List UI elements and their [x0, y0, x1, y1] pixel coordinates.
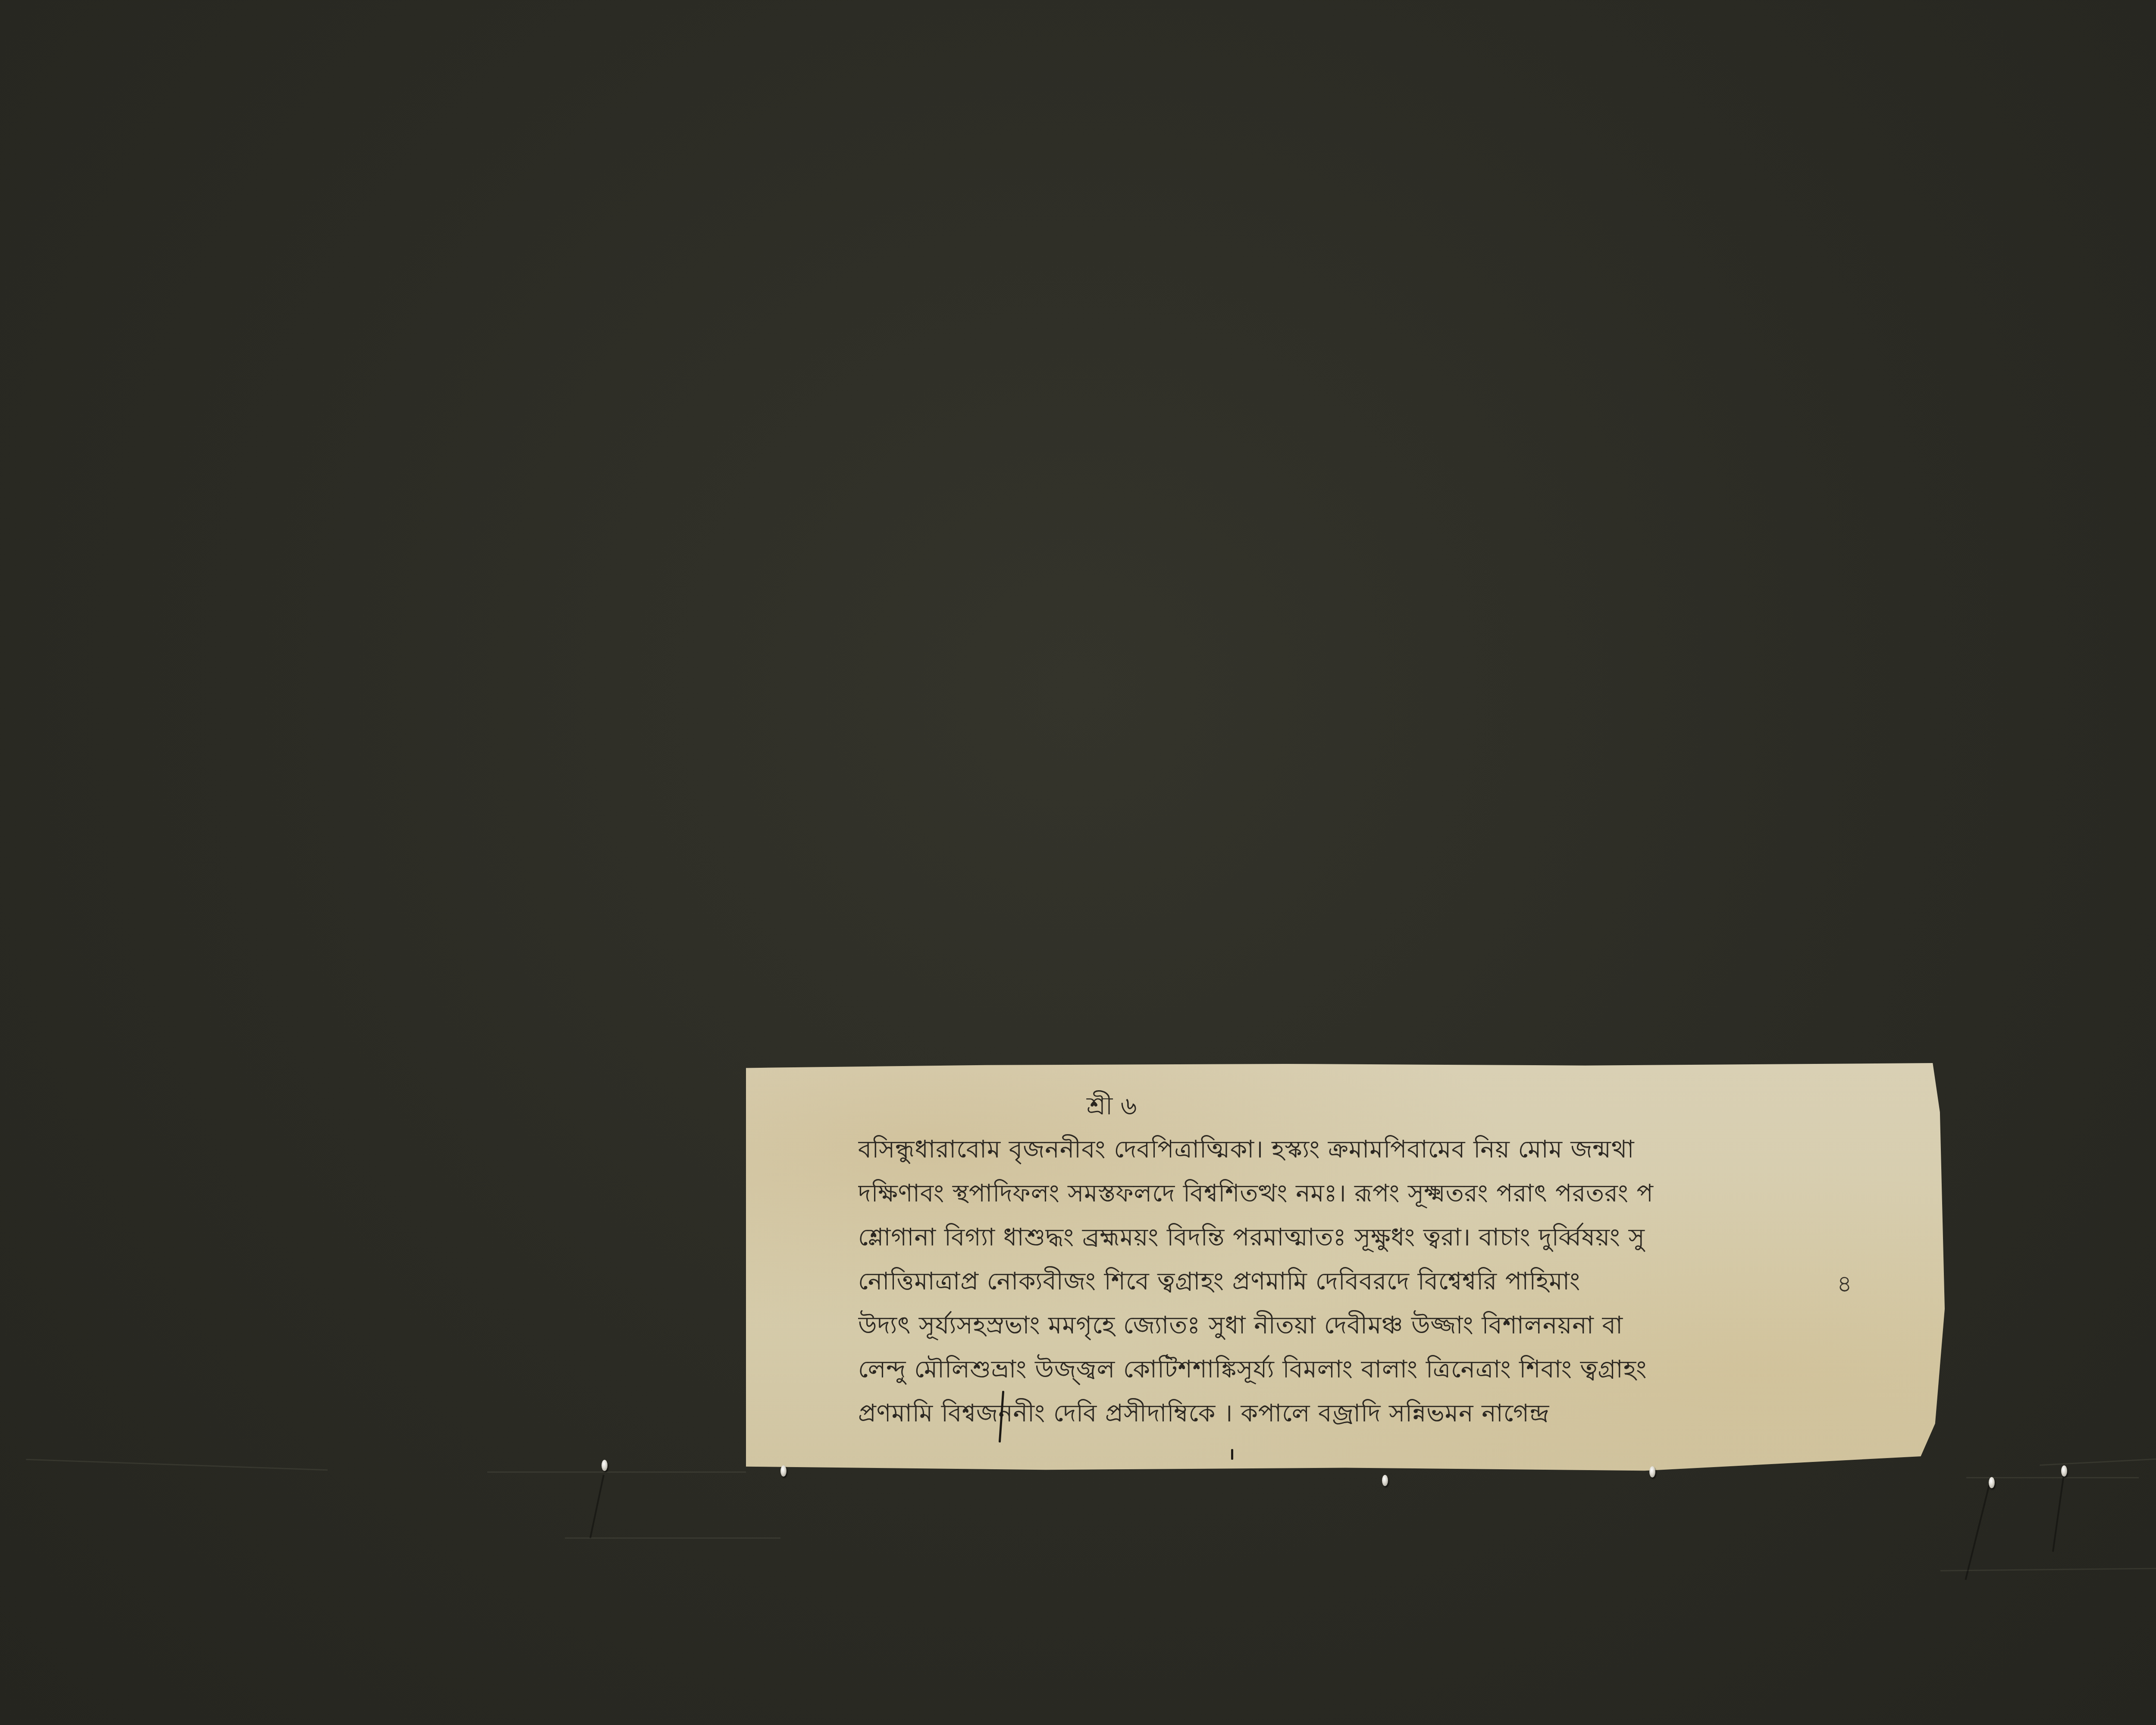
pin-icon — [780, 1465, 787, 1477]
text-line: দক্ষিণাবং স্থপাদিফলং সমস্তফলদে বিশ্বশিতত… — [858, 1172, 1828, 1216]
margin-folio-number: ৪ — [1837, 1266, 1852, 1305]
text-line: উদ্যৎ সূর্য্যসহস্রভাং মমগৃহে জ্যোতঃ সুধা… — [858, 1304, 1828, 1348]
pin-icon — [2061, 1465, 2067, 1477]
folio-mark: শ্রী ৬ — [1087, 1087, 1137, 1129]
pin-icon — [1649, 1466, 1655, 1477]
manuscript-text: বসিন্ধুধারাবোম বৃজননীবং দেবপিত্রাত্মিকা।… — [858, 1128, 1828, 1436]
mount-line — [26, 1459, 328, 1471]
text-line: লেন্দু মৌলিশুভ্রাং উজ্জ্বল কোটিশশাঙ্কিসূ… — [858, 1348, 1828, 1392]
text-line: নোত্তিমাত্রাপ্র নোক্যবীজং শিবে ত্বগ্রাহং… — [858, 1260, 1828, 1304]
paper-tear — [1231, 1449, 1233, 1460]
pin-shadow — [589, 1475, 605, 1539]
text-line: শ্লোগানা বিগ্যা ধাশুদ্ধং ব্রহ্মময়ং বিদন… — [858, 1216, 1828, 1260]
mount-line — [1940, 1565, 2156, 1571]
pin-shadow — [1965, 1483, 1990, 1580]
mount-line — [565, 1537, 780, 1539]
text-line: বসিন্ধুধারাবোম বৃজননীবং দেবপিত্রাত্মিকা।… — [858, 1128, 1828, 1172]
pin-icon — [1382, 1475, 1388, 1486]
pin-shadow — [2052, 1475, 2065, 1552]
manuscript-leaf: শ্রী ৬ ৪ বসিন্ধুধারাবোম বৃজননীবং দেবপিত্… — [746, 1063, 1945, 1473]
pin-icon — [602, 1460, 608, 1471]
pin-icon — [1989, 1477, 1995, 1488]
mount-line — [2040, 1455, 2156, 1466]
mount-line — [487, 1471, 746, 1473]
